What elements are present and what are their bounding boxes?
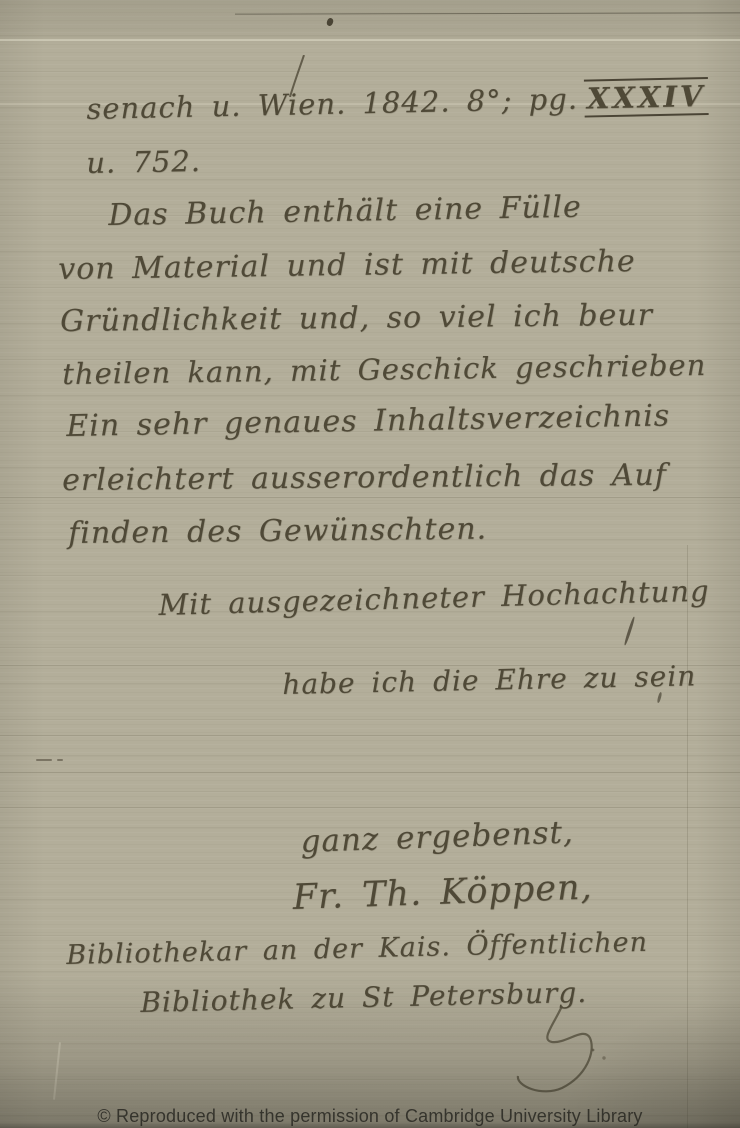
signature-flourish bbox=[500, 1000, 640, 1110]
paper-crease bbox=[53, 1042, 61, 1100]
margin-dash bbox=[36, 759, 52, 761]
closing-line-1: Mit ausgezeichneter Hochachtung bbox=[158, 574, 710, 622]
stray-pen-stroke bbox=[623, 616, 635, 645]
body-line-1: Das Buch enthält eine Fülle bbox=[108, 190, 582, 233]
heading-line-2: u. 752. bbox=[86, 144, 201, 180]
signature-name: Fr. Th. Köppen, bbox=[292, 868, 593, 918]
page-reference-roman: XXXIV bbox=[584, 77, 709, 118]
margin-dash bbox=[57, 759, 63, 761]
heading-line-1: senach u. Wien. 1842. 8°; pg.XXXIV bbox=[86, 77, 709, 128]
vertical-crease bbox=[687, 545, 688, 1128]
signature-title-line-2: Bibliothek zu St Petersburg. bbox=[140, 976, 587, 1019]
body-line-7: finden des Gewünschten. bbox=[68, 512, 487, 551]
body-line-4: theilen kann, mit Geschick geschrieben bbox=[62, 348, 706, 391]
body-line-5: Ein sehr genaues Inhaltsverzeichnis bbox=[66, 398, 670, 444]
body-line-6: erleichtert ausserordentlich das Auf bbox=[62, 458, 667, 498]
signature-title-line-1: Bibliothekar an der Kais. Öffentlichen bbox=[66, 927, 648, 971]
scan-line bbox=[235, 12, 740, 14]
body-line-2: von Material und ist mit deutsche bbox=[58, 244, 636, 287]
ruled-line bbox=[0, 807, 740, 808]
comma-mark bbox=[657, 692, 663, 703]
ink-blot bbox=[326, 17, 334, 27]
body-line-3: Gründlichkeit und, so viel ich beur bbox=[60, 298, 653, 339]
valediction: ganz ergebenst, bbox=[300, 814, 574, 860]
attribution-watermark: © Reproduced with the permission of Camb… bbox=[0, 1106, 740, 1127]
ruled-line bbox=[0, 772, 740, 773]
heading-line-1-text: senach u. Wien. 1842. 8°; pg. bbox=[86, 82, 578, 126]
scanned-letter-page: senach u. Wien. 1842. 8°; pg.XXXIV u. 75… bbox=[0, 0, 740, 1128]
light-streak bbox=[0, 39, 740, 41]
ruled-line bbox=[0, 735, 740, 736]
